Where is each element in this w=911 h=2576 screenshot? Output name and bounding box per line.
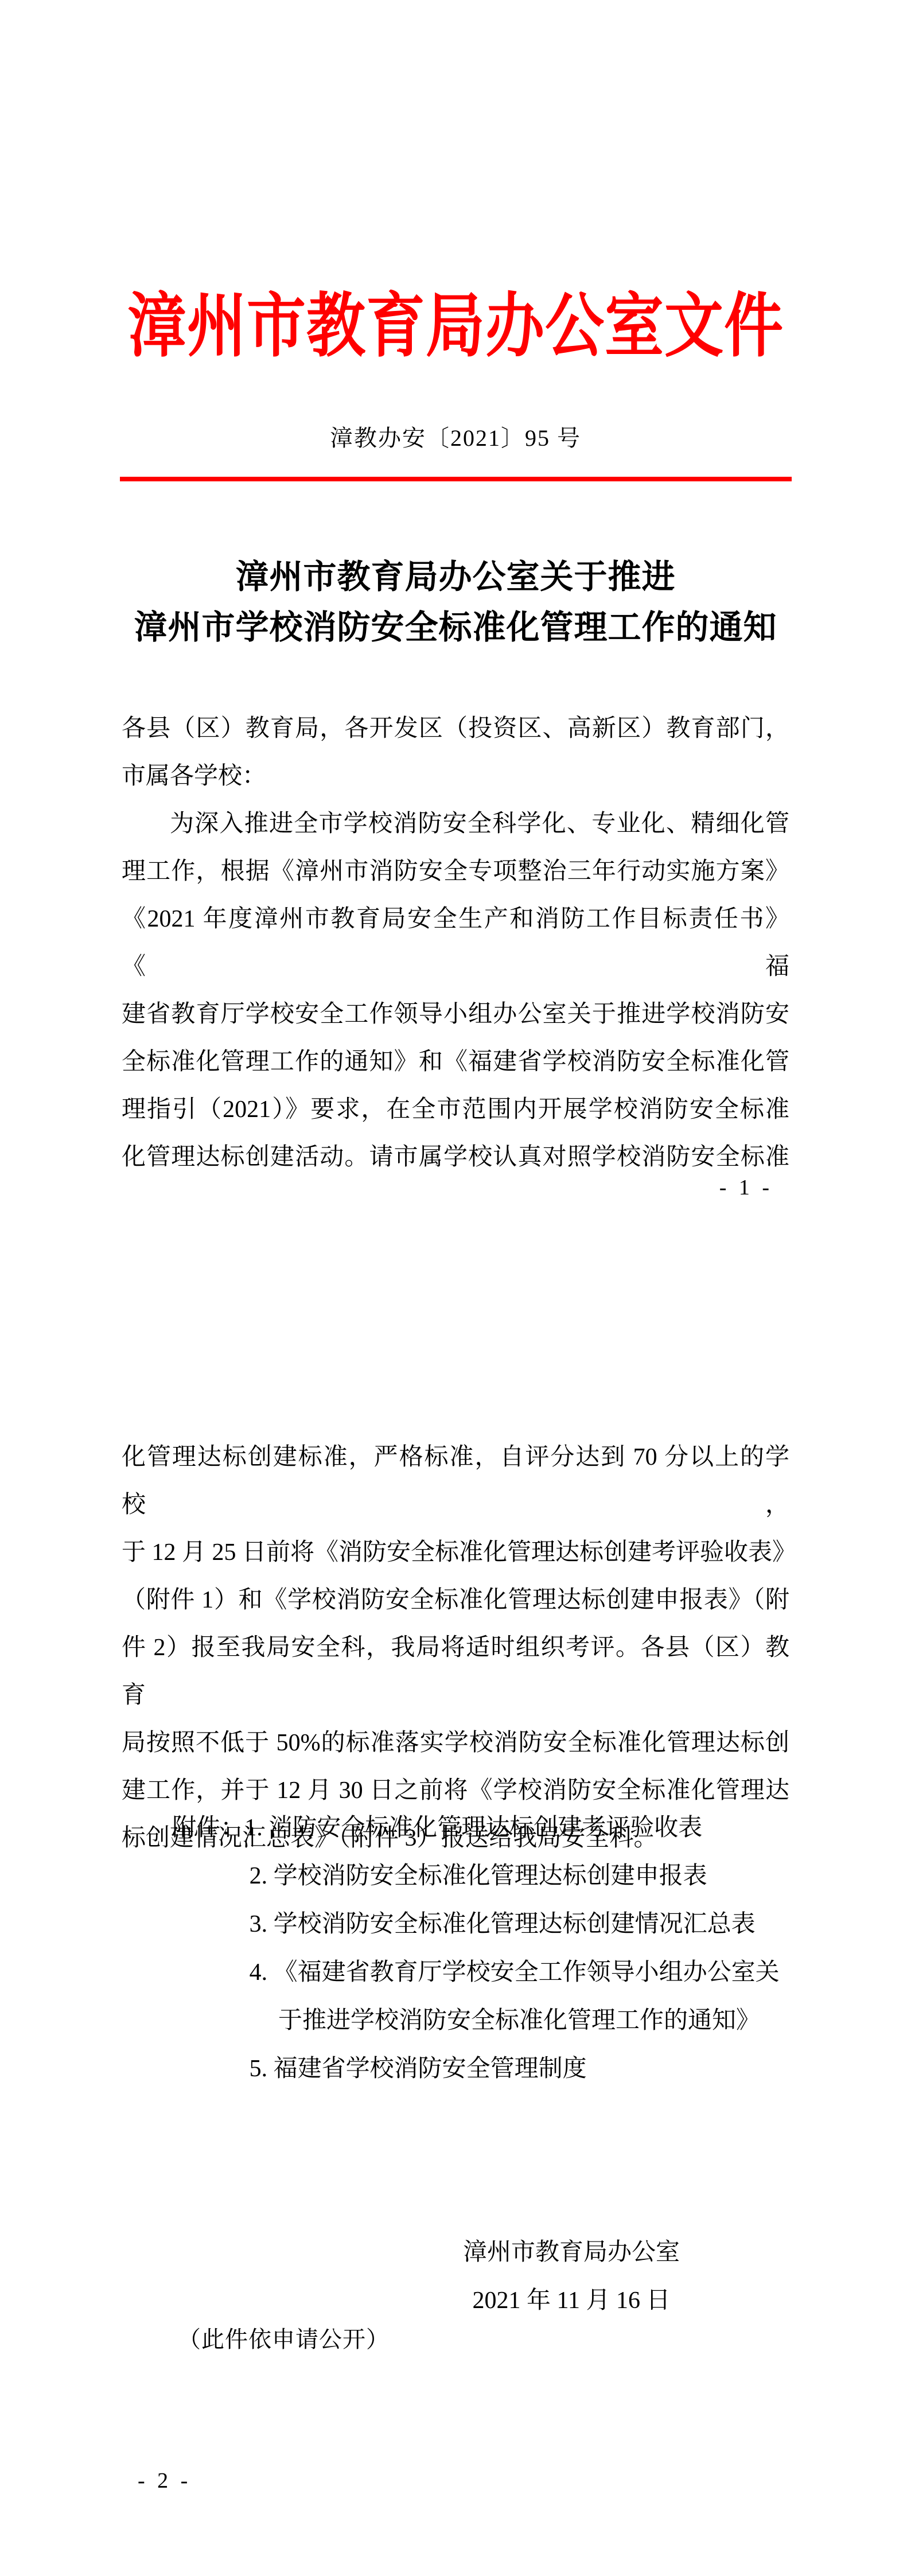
signature-block: 漳州市教育局办公室 2021 年 11 月 16 日 (457, 2228, 686, 2325)
attachment-line: 5. 福建省学校消防安全管理制度 (122, 2045, 789, 2093)
body-line: 局按照不低于 50%的标准落实学校消防安全标准化管理达标创 (122, 1719, 789, 1767)
body-line: 于 12 月 25 日前将《消防安全标准化管理达标创建考评验收表》 (122, 1529, 789, 1577)
page-number-2: - 2 - (138, 2468, 191, 2493)
body-line: 化管理达标创建标准，严格标准，自评分达到 70 分以上的学校， (122, 1434, 789, 1529)
page1-body-text: 各县（区）教育局，各开发区（投资区、高新区）教育部门，市属各学校：为深入推进全市… (122, 705, 789, 1181)
attachments-list: 附件：1. 消防安全标准化管理达标创建考评验收表2. 学校消防安全标准化管理达标… (122, 1804, 789, 2093)
attachment-line: 3. 学校消防安全标准化管理达标创建情况汇总表 (122, 1900, 789, 1948)
body-line: 化管理达标创建活动。请市属学校认真对照学校消防安全标准 (122, 1134, 789, 1181)
attachment-line: 附件：1. 消防安全标准化管理达标创建考评验收表 (122, 1804, 789, 1852)
attachment-line: 4. 《福建省教育厅学校安全工作领导小组办公室关 (122, 1948, 789, 1997)
red-separator-line (120, 477, 792, 481)
body-line: 《2021 年度漳州市教育局安全生产和消防工作目标责任书》《福 (122, 896, 789, 991)
public-disclosure-note: （此件依申请公开） (178, 2322, 390, 2357)
document-title-line-1: 漳州市教育局办公室关于推进 (0, 552, 911, 602)
official-document: 漳州市教育局办公室文件 漳教办安〔2021〕95 号 漳州市教育局办公室关于推进… (0, 0, 911, 2576)
body-line: 市属各学校： (122, 753, 789, 800)
attachment-line: 于推进学校消防安全标准化管理工作的通知》 (122, 1997, 789, 2045)
body-line: 为深入推进全市学校消防安全科学化、专业化、精细化管 (122, 800, 789, 848)
body-line: 理工作，根据《漳州市消防安全专项整治三年行动实施方案》 (122, 848, 789, 896)
body-line: （附件 1）和《学校消防安全标准化管理达标创建申报表》（附 (122, 1577, 789, 1624)
signature-date: 2021 年 11 月 16 日 (457, 2277, 686, 2325)
body-line: 全标准化管理工作的通知》和《福建省学校消防安全标准化管 (122, 1038, 789, 1086)
attachment-line: 2. 学校消防安全标准化管理达标创建申报表 (122, 1852, 789, 1900)
page-number-1: - 1 - (719, 1175, 773, 1200)
document-number: 漳教办安〔2021〕95 号 (0, 421, 911, 456)
body-line: 理指引（2021）》要求，在全市范围内开展学校消防安全标准 (122, 1086, 789, 1134)
letterhead-title: 漳州市教育局办公室文件 (0, 278, 911, 376)
document-title: 漳州市教育局办公室关于推进 漳州市学校消防安全标准化管理工作的通知 (0, 552, 911, 653)
document-title-line-2: 漳州市学校消防安全标准化管理工作的通知 (0, 602, 911, 653)
body-line: 件 2）报至我局安全科，我局将适时组织考评。各县（区）教育 (122, 1624, 789, 1719)
body-line: 各县（区）教育局，各开发区（投资区、高新区）教育部门， (122, 705, 789, 753)
body-line: 建省教育厅学校安全工作领导小组办公室关于推进学校消防安 (122, 991, 789, 1038)
signature-org: 漳州市教育局办公室 (457, 2228, 686, 2277)
page2-body-text: 化管理达标创建标准，严格标准，自评分达到 70 分以上的学校，于 12 月 25… (122, 1434, 789, 1862)
